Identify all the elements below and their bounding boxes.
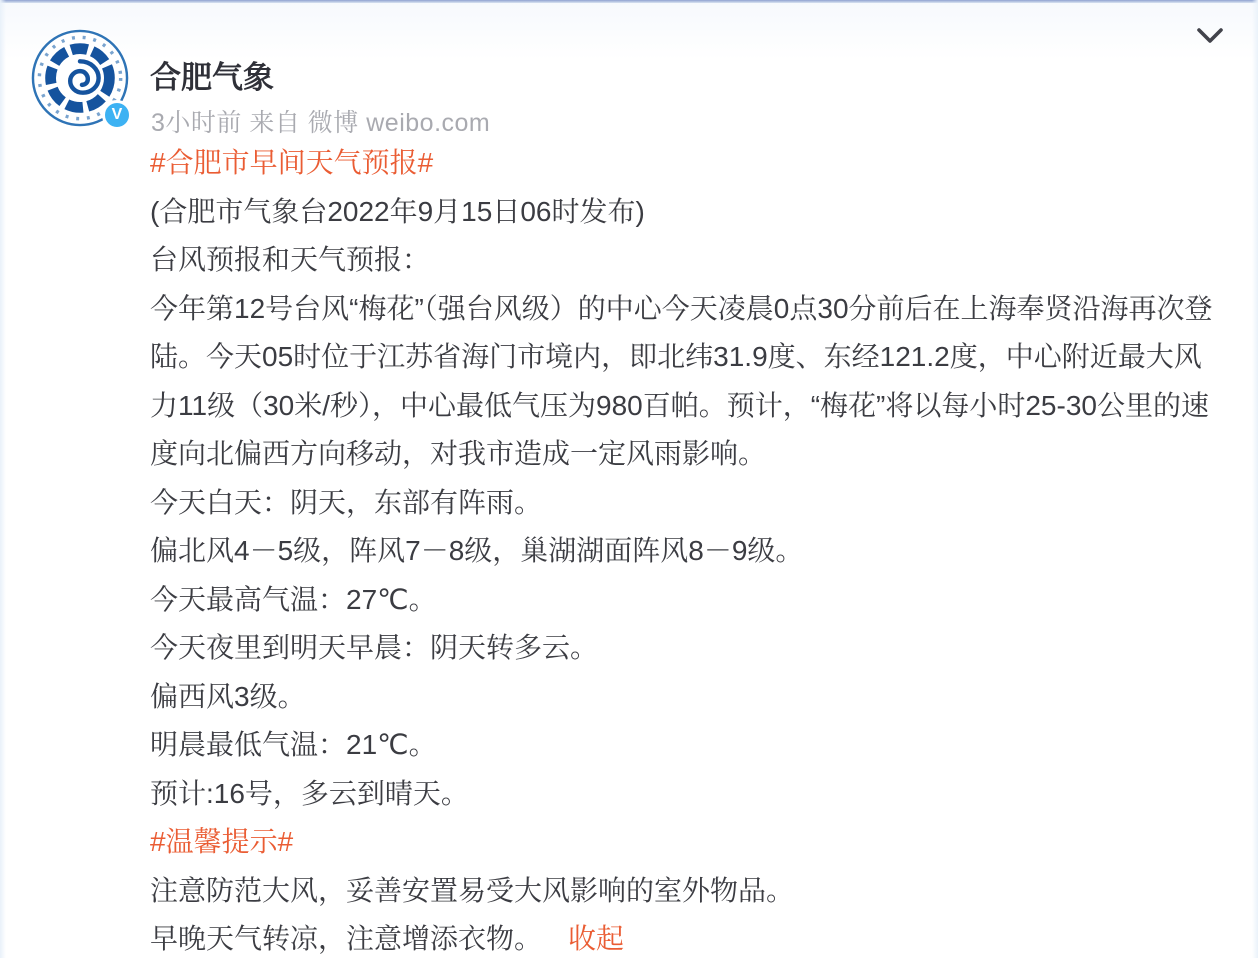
daytime-weather-line: 今天白天：阴天，东部有阵雨。	[150, 479, 1228, 528]
clothing-tip-text: 早晚天气转凉，注意增添衣物。	[150, 923, 542, 954]
right-edge-divider	[1252, 0, 1258, 958]
post-content: #合肥市早间天气预报# (合肥市气象台2022年9月15日06时发布) 台风预报…	[150, 139, 1228, 958]
high-temp-line: 今天最高气温：27℃。	[150, 576, 1228, 625]
typhoon-paragraph: 今年第12号台风“梅花”（强台风级）的中心今天凌晨0点30分前后在上海奉贤沿海再…	[150, 285, 1228, 479]
topic-hashtag-title[interactable]: #合肥市早间天气预报#	[150, 139, 1228, 188]
clothing-tip-line: 早晚天气转凉，注意增添衣物。收起	[150, 915, 1228, 958]
post-source-link[interactable]: 来自 微博 weibo.com	[249, 109, 490, 137]
issue-time-line: (合肥市气象台2022年9月15日06时发布)	[150, 188, 1228, 237]
post-meta: 3小时前 来自 微博 weibo.com	[151, 103, 490, 139]
chevron-down-icon[interactable]	[1196, 26, 1224, 48]
author-name[interactable]: 合肥气象	[150, 52, 274, 97]
low-temp-line: 明晨最低气温：21℃。	[150, 721, 1228, 770]
wind-forecast-line: 偏北风4－5级，阵风7－8级，巢湖湖面阵风8－9级。	[150, 527, 1228, 576]
left-edge-divider	[0, 0, 6, 958]
collapse-post-link[interactable]: 收起	[568, 923, 624, 954]
post-timestamp: 3小时前	[151, 109, 242, 137]
avatar[interactable]: V	[31, 29, 129, 127]
tomorrow-outlook-line: 预计:16号，多云到晴天。	[150, 770, 1228, 819]
weibo-post-card: V 合肥气象 3小时前 来自 微博 weibo.com #合肥市早间天气预报# …	[0, 0, 1258, 958]
west-wind-line: 偏西风3级。	[150, 673, 1228, 722]
wind-safety-tip-line: 注意防范大风，妥善安置易受大风影响的室外物品。	[150, 867, 1228, 916]
verified-badge-icon: V	[102, 100, 132, 130]
warm-tip-hashtag[interactable]: #温馨提示#	[150, 818, 1228, 867]
forecast-heading-line: 台风预报和天气预报：	[150, 236, 1228, 285]
top-edge-divider	[0, 0, 1258, 3]
night-weather-line: 今天夜里到明天早晨：阴天转多云。	[150, 624, 1228, 673]
